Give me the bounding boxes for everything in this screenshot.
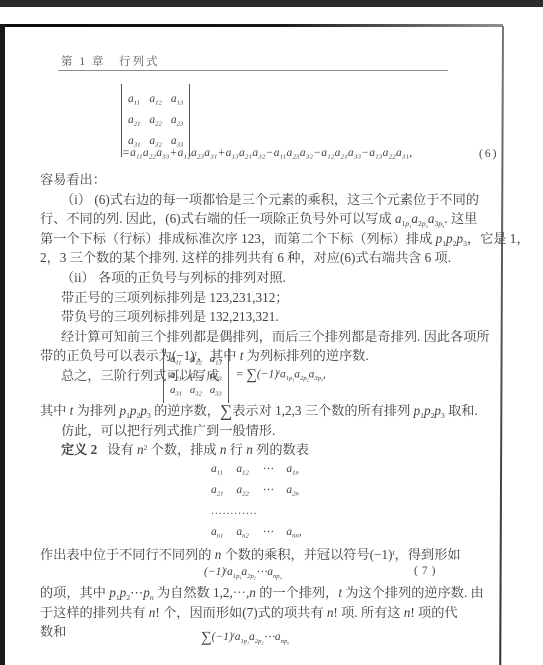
text-line: （i） (6)式右边的每一项都恰是三个元素的乘积，这三个元素位于不同的 [40,190,496,210]
text-line: 经计算可知前三个排列都是偶排列，而后三个排列都是奇排列. 因此各项所 [40,327,496,347]
array-entry: a11 [211,459,223,480]
array-entry: ⋯ [262,480,274,501]
text-line: 容易看出： [40,170,496,190]
matrix-entry: a22 [149,110,161,131]
matrix-entry: a23 [171,110,183,131]
matrix-entry: a23 [210,368,222,384]
n-by-n-array: a11 a12 ⋯ a1n a21 a22 ⋯ a2n ............… [211,459,302,543]
page-right-edge [499,26,503,665]
definition-2-text: 设有 n2 个数，排成 n 行 n 列的数表 [107,442,309,457]
text-line: 带正号的三项列标排列是 123,231,312； [40,288,496,308]
matrix-entry: a13 [210,352,222,368]
text-line: 第一个下标（行标）排成标准次序 123，而第二个下标（列标）排成 p1p2p3，… [40,229,496,249]
equation-7-number: (7) [414,565,439,577]
array-entry: ann, [286,522,301,543]
matrix-entry: a22 [190,368,202,384]
scan-top-bar [0,0,543,7]
chapter-running-head: 第 1 章 行列式 [61,53,160,69]
equation-6-expansion: =a11a22a33+a12a23a31+a13a21a32−a11a23a32… [122,147,412,159]
array-entry: a2n [286,480,301,501]
sum-expression: = ∑(−1)ta1p1a2p2a3p3, [236,367,326,384]
text-line: 于这样的排列共有 n! 个，因而形如(7)式的项共有 n! 项. 所有这 n! … [40,603,496,623]
determinant-sum-equation: a11 a12 a13 a21 a22 a23 a31 a32 a33 = ∑(… [163,348,326,403]
text-line: 行、不同的列. 因此，(6)式右端的任一项除正负号外可以写成 a1p1a2p2a… [40,209,496,229]
running-head-rule [58,70,448,71]
matrix-entry: a12 [149,89,161,110]
array-ellipsis-row: ............ [211,501,302,522]
determinant-matrix: a11 a12 a13 a21 a22 a23 a31 a32 a33 [163,348,229,403]
matrix-entry: a11 [128,89,140,110]
text-line: 作出表中位于不同行不同列的 n 个数的乘积，并冠以符号(−1)t，得到形如 [40,545,496,565]
array-entry: a1n [286,459,301,480]
equation-7-formula: (−1)ta1p1a2p2⋯anpn [204,564,282,578]
text-line: 带负号的三项列标排列是 132,213,321. [40,307,496,327]
text-line: 其中 t 为排列 p1p2p3 的逆序数，∑表示对 1,2,3 三个数的所有排列… [40,401,496,421]
array-entry: an2 [236,522,248,543]
matrix-entry: a11 [170,352,182,368]
paragraph-block-2: 其中 t 为排列 p1p2p3 的逆序数，∑表示对 1,2,3 三个数的所有排列… [40,401,496,460]
definition-2-label: 定义 2 [61,442,97,457]
page-top-edge [0,24,503,27]
final-sum-formula: ∑(−1)ta1p1a2p2⋯anpn [201,629,289,646]
text-line: 仿此，可以把行列式推广到一般情形. [40,421,496,441]
array-entry: a22 [236,480,248,501]
array-entry: a12 [236,459,248,480]
text-line: 2，3 三个数的某个排列. 这样的排列共有 6 种，对应(6)式右端共含 6 项… [40,248,496,268]
matrix-entry: a21 [128,110,140,131]
page-left-edge [0,24,5,665]
array-entry: ⋯ [262,522,274,543]
matrix-entry: a33 [210,383,222,399]
array-entry: ⋯ [262,459,274,480]
paragraph-block-3: 作出表中位于不同行不同列的 n 个数的乘积，并冠以符号(−1)t，得到形如 [40,545,496,565]
matrix-entry: a13 [171,89,183,110]
matrix-entry: a21 [170,368,182,384]
matrix-entry: a12 [190,352,202,368]
array-entry: a21 [211,480,223,501]
text-line: （ii） 各项的正负号与列标的排列对照. [40,268,496,288]
text-line: 的项，其中 p1p2⋯pn 为自然数 1,2,⋯,n 的一个排列，t 为这个排列… [40,583,496,603]
matrix-entry: a31 [170,383,182,399]
array-entry: an1 [211,522,223,543]
equation-6-number: (6) [479,148,498,160]
definition-2-line: 定义 2设有 n2 个数，排成 n 行 n 列的数表 [40,440,496,460]
matrix-entry: a32 [190,383,202,399]
